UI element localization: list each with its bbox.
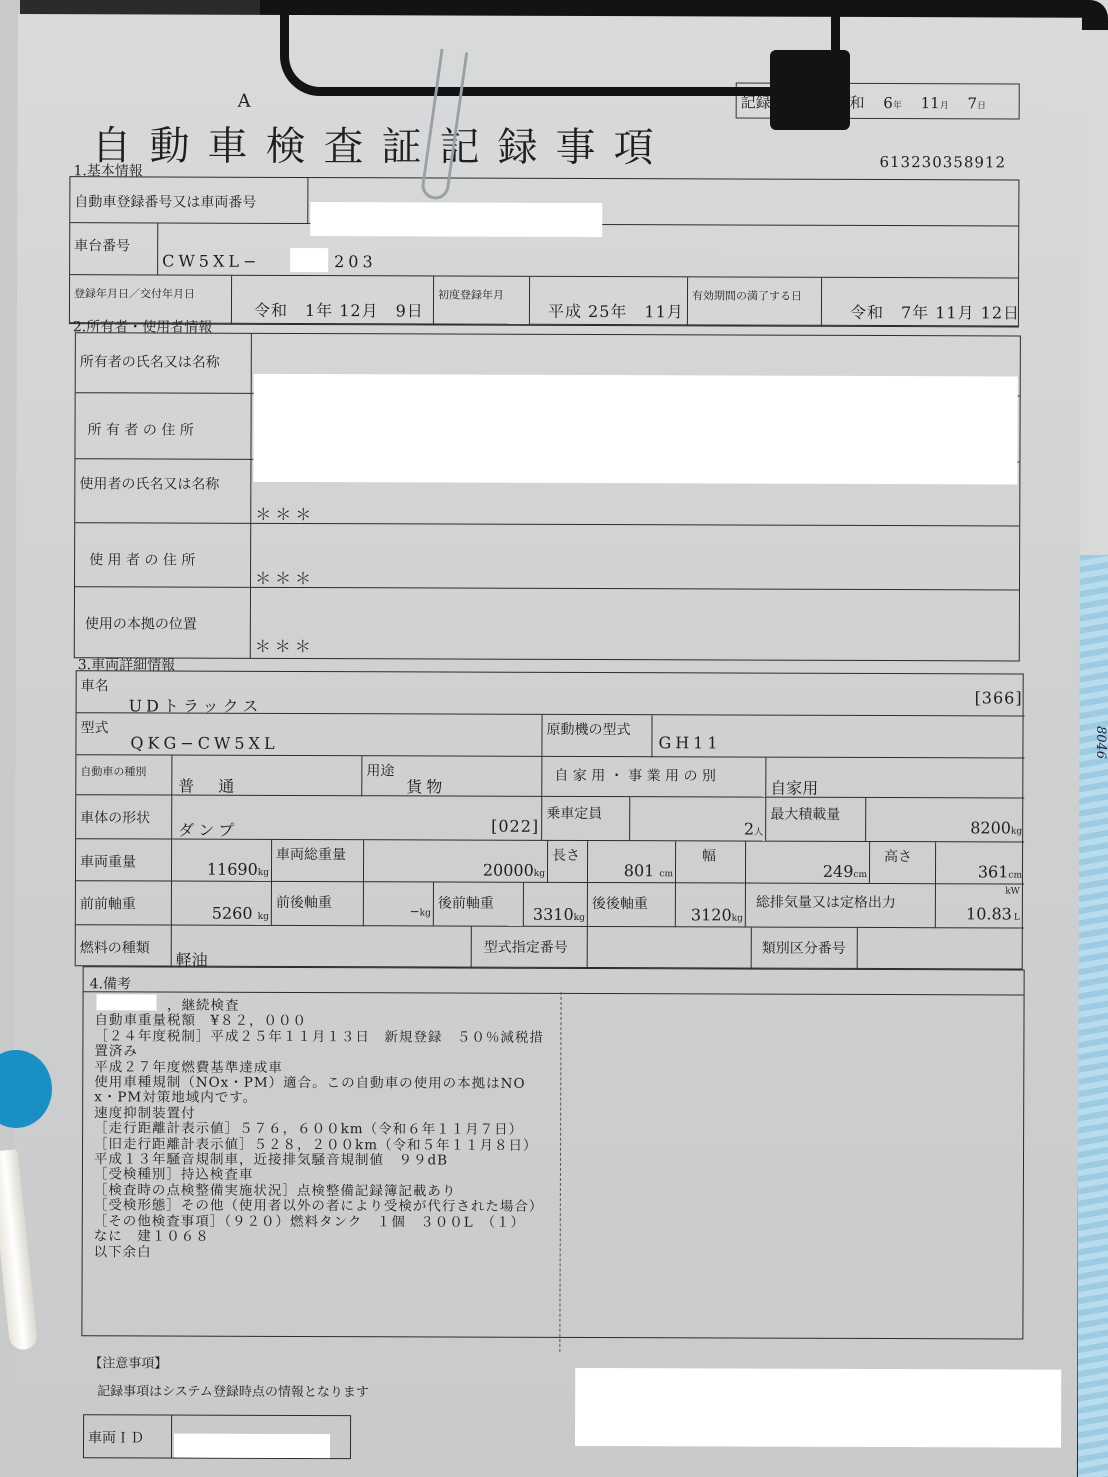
width-label: 幅 bbox=[676, 841, 746, 883]
private-business-label: 自 家 用 ・ 事 業 用 の 別 bbox=[542, 757, 766, 798]
type-designation-label: 型式指定番号 bbox=[472, 927, 588, 969]
rf-axle-value: 3310 bbox=[533, 905, 574, 924]
side-paper-serial: 8046 bbox=[1093, 726, 1108, 759]
displacement-unit-l: L bbox=[1014, 912, 1020, 922]
private-business: 自家用 bbox=[770, 776, 818, 799]
fr-axle-cell: −kg bbox=[364, 882, 434, 926]
notes-text: 記録事項はシステム登録時点の情報となります bbox=[97, 1380, 369, 1400]
vehicle-weight: 11690kg bbox=[207, 860, 269, 879]
vehicle-weight-label: 車両重量 bbox=[76, 839, 172, 881]
binder-clip bbox=[280, 0, 840, 96]
chassis-number-redacted bbox=[290, 248, 328, 272]
height-label: 高さ bbox=[870, 842, 936, 884]
rr-axle: 3120kg bbox=[691, 905, 743, 924]
expiry-label: 有効期間の満了する日 bbox=[688, 277, 822, 325]
chassis-number-label: 車台番号 bbox=[70, 223, 158, 275]
max-load-cell: 8200kg bbox=[866, 798, 1024, 843]
displacement-cell: kW 10.83 L bbox=[936, 884, 1024, 928]
record-date-year: 6 bbox=[883, 94, 893, 112]
first-registration-cell: 平成 25年 11月 bbox=[530, 277, 688, 326]
record-date-day: 7 bbox=[967, 94, 977, 112]
model-cell: 型式 QKG−CW5XL bbox=[76, 713, 542, 757]
vehicle-id-box: 車両ＩＤ bbox=[83, 1414, 351, 1459]
length-cell: 801 cm bbox=[588, 841, 676, 883]
registration-number-label: 自動車登録番号又は車両番号 bbox=[70, 177, 308, 224]
kg-unit: kg bbox=[534, 869, 545, 879]
kg-unit: kg bbox=[420, 908, 431, 918]
max-load-label: 最大積載量 bbox=[766, 798, 866, 842]
day-unit: 日 bbox=[977, 101, 986, 111]
expiry-date: 令和 7年 11月 12日 bbox=[850, 300, 1020, 324]
vehicle-type-cell: 普 通 bbox=[172, 756, 362, 797]
vehicle-type: 普 通 bbox=[178, 774, 238, 797]
gross-weight-label: 車両総重量 bbox=[272, 840, 364, 882]
vehicle-weight-cell: 11690kg bbox=[172, 840, 272, 882]
length-value: 801 bbox=[624, 861, 655, 880]
first-registration-label: 初度登録年月 bbox=[434, 276, 530, 324]
rf-axle-cell: 3310kg bbox=[524, 883, 588, 927]
owner-address-label: 所 有 者 の 住 所 bbox=[75, 393, 251, 460]
max-load-value: 8200 bbox=[970, 818, 1011, 837]
type-designation-cell bbox=[588, 927, 752, 970]
notes-title: 【注意事項】 bbox=[89, 1352, 167, 1371]
kg-unit: kg bbox=[258, 912, 269, 922]
category-cell bbox=[858, 928, 1024, 971]
width-value: 249 bbox=[823, 862, 854, 881]
remarks-line: 以下余白 bbox=[94, 1245, 544, 1262]
vehicle-id-redacted bbox=[174, 1434, 330, 1459]
gross-weight-cell: 20000kg bbox=[364, 840, 548, 883]
height-value: 361 bbox=[978, 862, 1009, 881]
user-address-cell: ＊＊＊ bbox=[251, 524, 1019, 591]
form-letter: A bbox=[238, 91, 251, 112]
remarks-line: ［２４年度税制］平成２５年１１月１３日 新規登録 ５０％減税措 bbox=[94, 1029, 544, 1046]
fr-axle-value: − bbox=[410, 904, 420, 918]
body-shape-label: 車体の形状 bbox=[76, 795, 172, 839]
document-title: 自動車検査証記録事項 bbox=[91, 114, 671, 173]
underlying-certificate-paper: 8046 bbox=[1078, 555, 1108, 1477]
vehicle-id-label: 車両ＩＤ bbox=[84, 1415, 172, 1457]
ff-axle-label: 前前軸重 bbox=[76, 881, 172, 925]
height-cell: 361cm bbox=[936, 842, 1024, 884]
footer-redacted-block bbox=[575, 1368, 1061, 1448]
fuel-label: 燃料の種類 bbox=[76, 925, 172, 967]
body-shape-code: [022] bbox=[491, 817, 539, 836]
gross-weight-value: 20000 bbox=[483, 861, 534, 880]
capacity-cell: 2人 bbox=[630, 797, 766, 841]
fuel-cell: 軽油 bbox=[172, 926, 472, 969]
ff-axle: 5260 kg bbox=[212, 904, 269, 923]
usage-label: 用途 bbox=[366, 763, 394, 779]
capacity-label: 乗車定員 bbox=[542, 797, 630, 841]
registration-date: 令和 1年 12月 9日 bbox=[254, 298, 424, 322]
displacement-unit-kw: kW bbox=[1005, 886, 1020, 896]
engine-model-label: 原動機の型式 bbox=[542, 715, 652, 757]
kg-unit: kg bbox=[732, 913, 743, 923]
length-label: 長さ bbox=[548, 841, 588, 883]
base-location: ＊＊＊ bbox=[255, 634, 315, 657]
cm-unit: cm bbox=[659, 869, 673, 879]
capacity-unit: 人 bbox=[754, 828, 763, 838]
record-date-month: 11 bbox=[921, 94, 940, 112]
vehicle-type-label: 自動車の種別 bbox=[76, 755, 172, 795]
rr-axle-label: 後後軸重 bbox=[588, 883, 676, 927]
kg-unit: kg bbox=[258, 868, 269, 878]
displacement-label: 総排気量又は定格出力 bbox=[746, 884, 936, 929]
length: 801 cm bbox=[624, 861, 673, 880]
engine-model-cell: GH11 bbox=[652, 715, 1024, 758]
document-number: 613230358912 bbox=[879, 153, 1006, 171]
category-label: 類別区分番号 bbox=[752, 928, 858, 970]
engine-model: GH11 bbox=[658, 733, 721, 752]
width-cell: 249cm bbox=[746, 842, 870, 884]
usage-cell: 用途 貨物 bbox=[362, 756, 542, 797]
inspection-record-document: A 自動車検査証記録事項 記録年月日 令和 6年 11月 7日 61323035… bbox=[13, 14, 1082, 1477]
height: 361cm bbox=[978, 862, 1022, 881]
binder-clip-handle bbox=[770, 50, 850, 130]
year-unit: 年 bbox=[893, 101, 902, 111]
chassis-number-prefix: CW5XL− bbox=[162, 252, 260, 271]
chassis-number-suffix: 203 bbox=[334, 252, 377, 271]
basic-info-table: 自動車登録番号又は車両番号 車台番号 CW5XL− 203 登録年月日／交付年月… bbox=[69, 176, 1020, 327]
body-shape: ダンプ bbox=[178, 818, 238, 841]
remarks-divider bbox=[84, 991, 1024, 995]
user-name-label: 使用者の氏名又は名称 bbox=[75, 459, 251, 524]
max-load: 8200kg bbox=[970, 818, 1022, 837]
rr-axle-cell: 3120kg bbox=[676, 883, 746, 927]
usage: 貨物 bbox=[406, 774, 446, 797]
capacity-value: 2 bbox=[744, 820, 754, 839]
vehicle-name-row: 車名 UDトラックス [366] bbox=[77, 671, 1025, 716]
user-name: ＊＊＊ bbox=[255, 502, 315, 525]
base-location-label: 使用の本拠の位置 bbox=[75, 587, 251, 658]
user-name-cell: ＊＊＊ bbox=[251, 460, 1019, 527]
base-location-cell: ＊＊＊ bbox=[251, 588, 1019, 661]
body-shape-cell: ダンプ [022] bbox=[172, 796, 542, 841]
ff-axle-cell: 5260 kg bbox=[172, 882, 272, 926]
owner-name-label: 所有者の氏名又は名称 bbox=[76, 333, 252, 394]
owner-info-table: 所有者の氏名又は名称 所 有 者 の 住 所 使用者の氏名又は名称 ＊＊＊ 使 … bbox=[74, 332, 1021, 661]
month-unit: 月 bbox=[940, 101, 949, 111]
model: QKG−CW5XL bbox=[130, 733, 278, 753]
registration-date-cell: 令和 1年 12月 9日 bbox=[232, 276, 434, 325]
cm-unit: cm bbox=[853, 870, 867, 880]
remarks-line: なに 建１０６８ bbox=[94, 1229, 544, 1246]
vehicle-name-label: 車名 bbox=[81, 678, 109, 694]
first-registration: 平成 25年 11月 bbox=[548, 299, 684, 322]
gross-weight: 20000kg bbox=[483, 861, 545, 880]
expiry-cell: 令和 7年 11月 12日 bbox=[822, 278, 1018, 327]
vehicle-details-table: 車名 UDトラックス [366] 型式 QKG−CW5XL 原動機の型式 GH1… bbox=[75, 670, 1024, 969]
capacity: 2人 bbox=[744, 820, 763, 839]
model-label: 型式 bbox=[80, 720, 108, 736]
chassis-number-cell: CW5XL− 203 bbox=[158, 223, 1018, 278]
fr-axle-label: 前後軸重 bbox=[272, 882, 364, 926]
rr-axle-value: 3120 bbox=[691, 905, 732, 924]
private-business-cell: 自家用 bbox=[766, 758, 1024, 799]
displacement: 10.83 bbox=[966, 904, 1012, 923]
width: 249cm bbox=[823, 862, 867, 881]
ff-axle-value: 5260 bbox=[212, 904, 253, 923]
user-address: ＊＊＊ bbox=[255, 566, 315, 589]
remarks-text: ，継続検査自動車重量税額 ¥８２，０００［２４年度税制］平成２５年１１月１３日 … bbox=[94, 998, 544, 1261]
fr-axle: −kg bbox=[410, 904, 431, 918]
kg-unit: kg bbox=[1011, 826, 1022, 836]
rf-axle: 3310kg bbox=[533, 905, 585, 924]
remarks-redacted bbox=[97, 994, 157, 1010]
kg-unit: kg bbox=[574, 913, 585, 923]
rf-axle-label: 後前軸重 bbox=[434, 882, 524, 926]
user-address-label: 使 用 者 の 住 所 bbox=[75, 523, 251, 588]
vehicle-name-code: [366] bbox=[975, 688, 1023, 707]
cm-unit: cm bbox=[1008, 870, 1022, 880]
vehicle-weight-value: 11690 bbox=[207, 860, 258, 879]
